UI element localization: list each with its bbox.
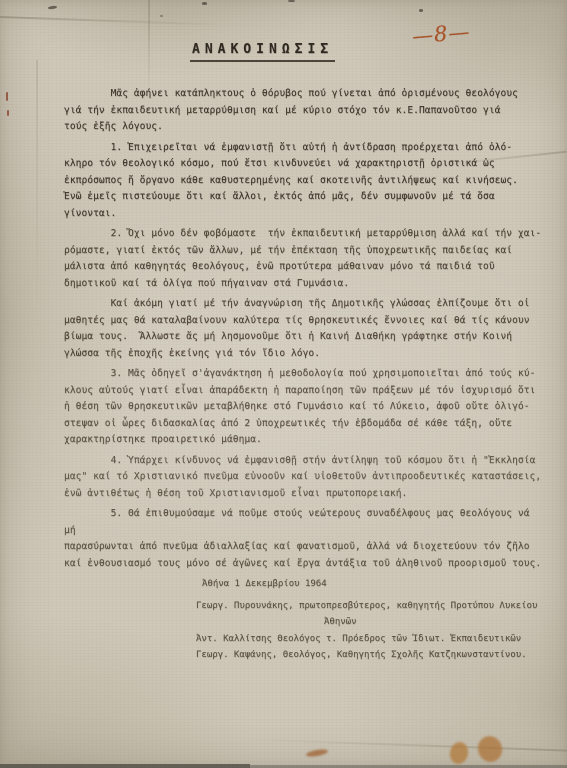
document-title: ΑΝΑΚΟΙΝΩΣΙΣ [190, 42, 335, 62]
paper-speck [202, 2, 207, 5]
point-2-continuation-paragraph: Καί ἀκόμη γιατί μέ τήν ἀναγνώριση τῆς Δη… [64, 296, 546, 362]
point-1-paragraph: 1. Ἐπιχειρεῖται νά ἐμφανιστῇ ὅτι αὐτή ἡ … [64, 140, 546, 223]
signature-block: Ἀθήνα 1 Δεκεμβρίου 1964 Γεωργ. Πυρουνάκη… [196, 576, 537, 663]
point-5-paragraph: 5. Θά ἐπιθυμούσαμε νά ποῦμε στούς νεώτερ… [64, 506, 546, 572]
signature-line-1b: Ἀθηνῶν [324, 614, 537, 630]
signature-line-2: Ἀντ. Καλλίτσης Θεολόγος τ. Πρόεδρος τῶν … [196, 631, 537, 647]
scan-edge-shadow [0, 764, 250, 768]
document-body: Μᾶς ἀφήνει κατάπληκτους ὁ θόρυβος πού γί… [64, 86, 546, 576]
handwritten-page-number: —8— [411, 20, 471, 49]
margin-mark [7, 110, 9, 116]
point-4-paragraph: 4. Ὑπάρχει κίνδυνος νά ἐμφανισθῇ στήν ἀν… [64, 453, 546, 503]
paper-speck [419, 9, 423, 12]
intro-paragraph: Μᾶς ἀφήνει κατάπληκτους ὁ θόρυβος πού γί… [64, 86, 546, 136]
paper-speck [288, 0, 295, 2]
paper-speck [160, 15, 163, 17]
point-3-paragraph: 3. Μᾶς ὁδηγεῖ σ'ἀγανάκτηση ἡ μεθοδολογία… [64, 366, 546, 449]
date-line: Ἀθήνα 1 Δεκεμβρίου 1964 [202, 576, 537, 592]
signature-line-1: Γεωργ. Πυρουνάκης, πρωτοπρεσβύτερος, καθ… [196, 598, 537, 614]
point-2-paragraph: 2. Ὄχι μόνο δέν φοβόμαστε τήν ἐκπαιδευτι… [64, 226, 546, 292]
signature-line-3: Γεωργ. Καψάνης, Θεολόγος, Καθηγητής Σχολ… [196, 647, 537, 663]
margin-mark [6, 92, 8, 101]
